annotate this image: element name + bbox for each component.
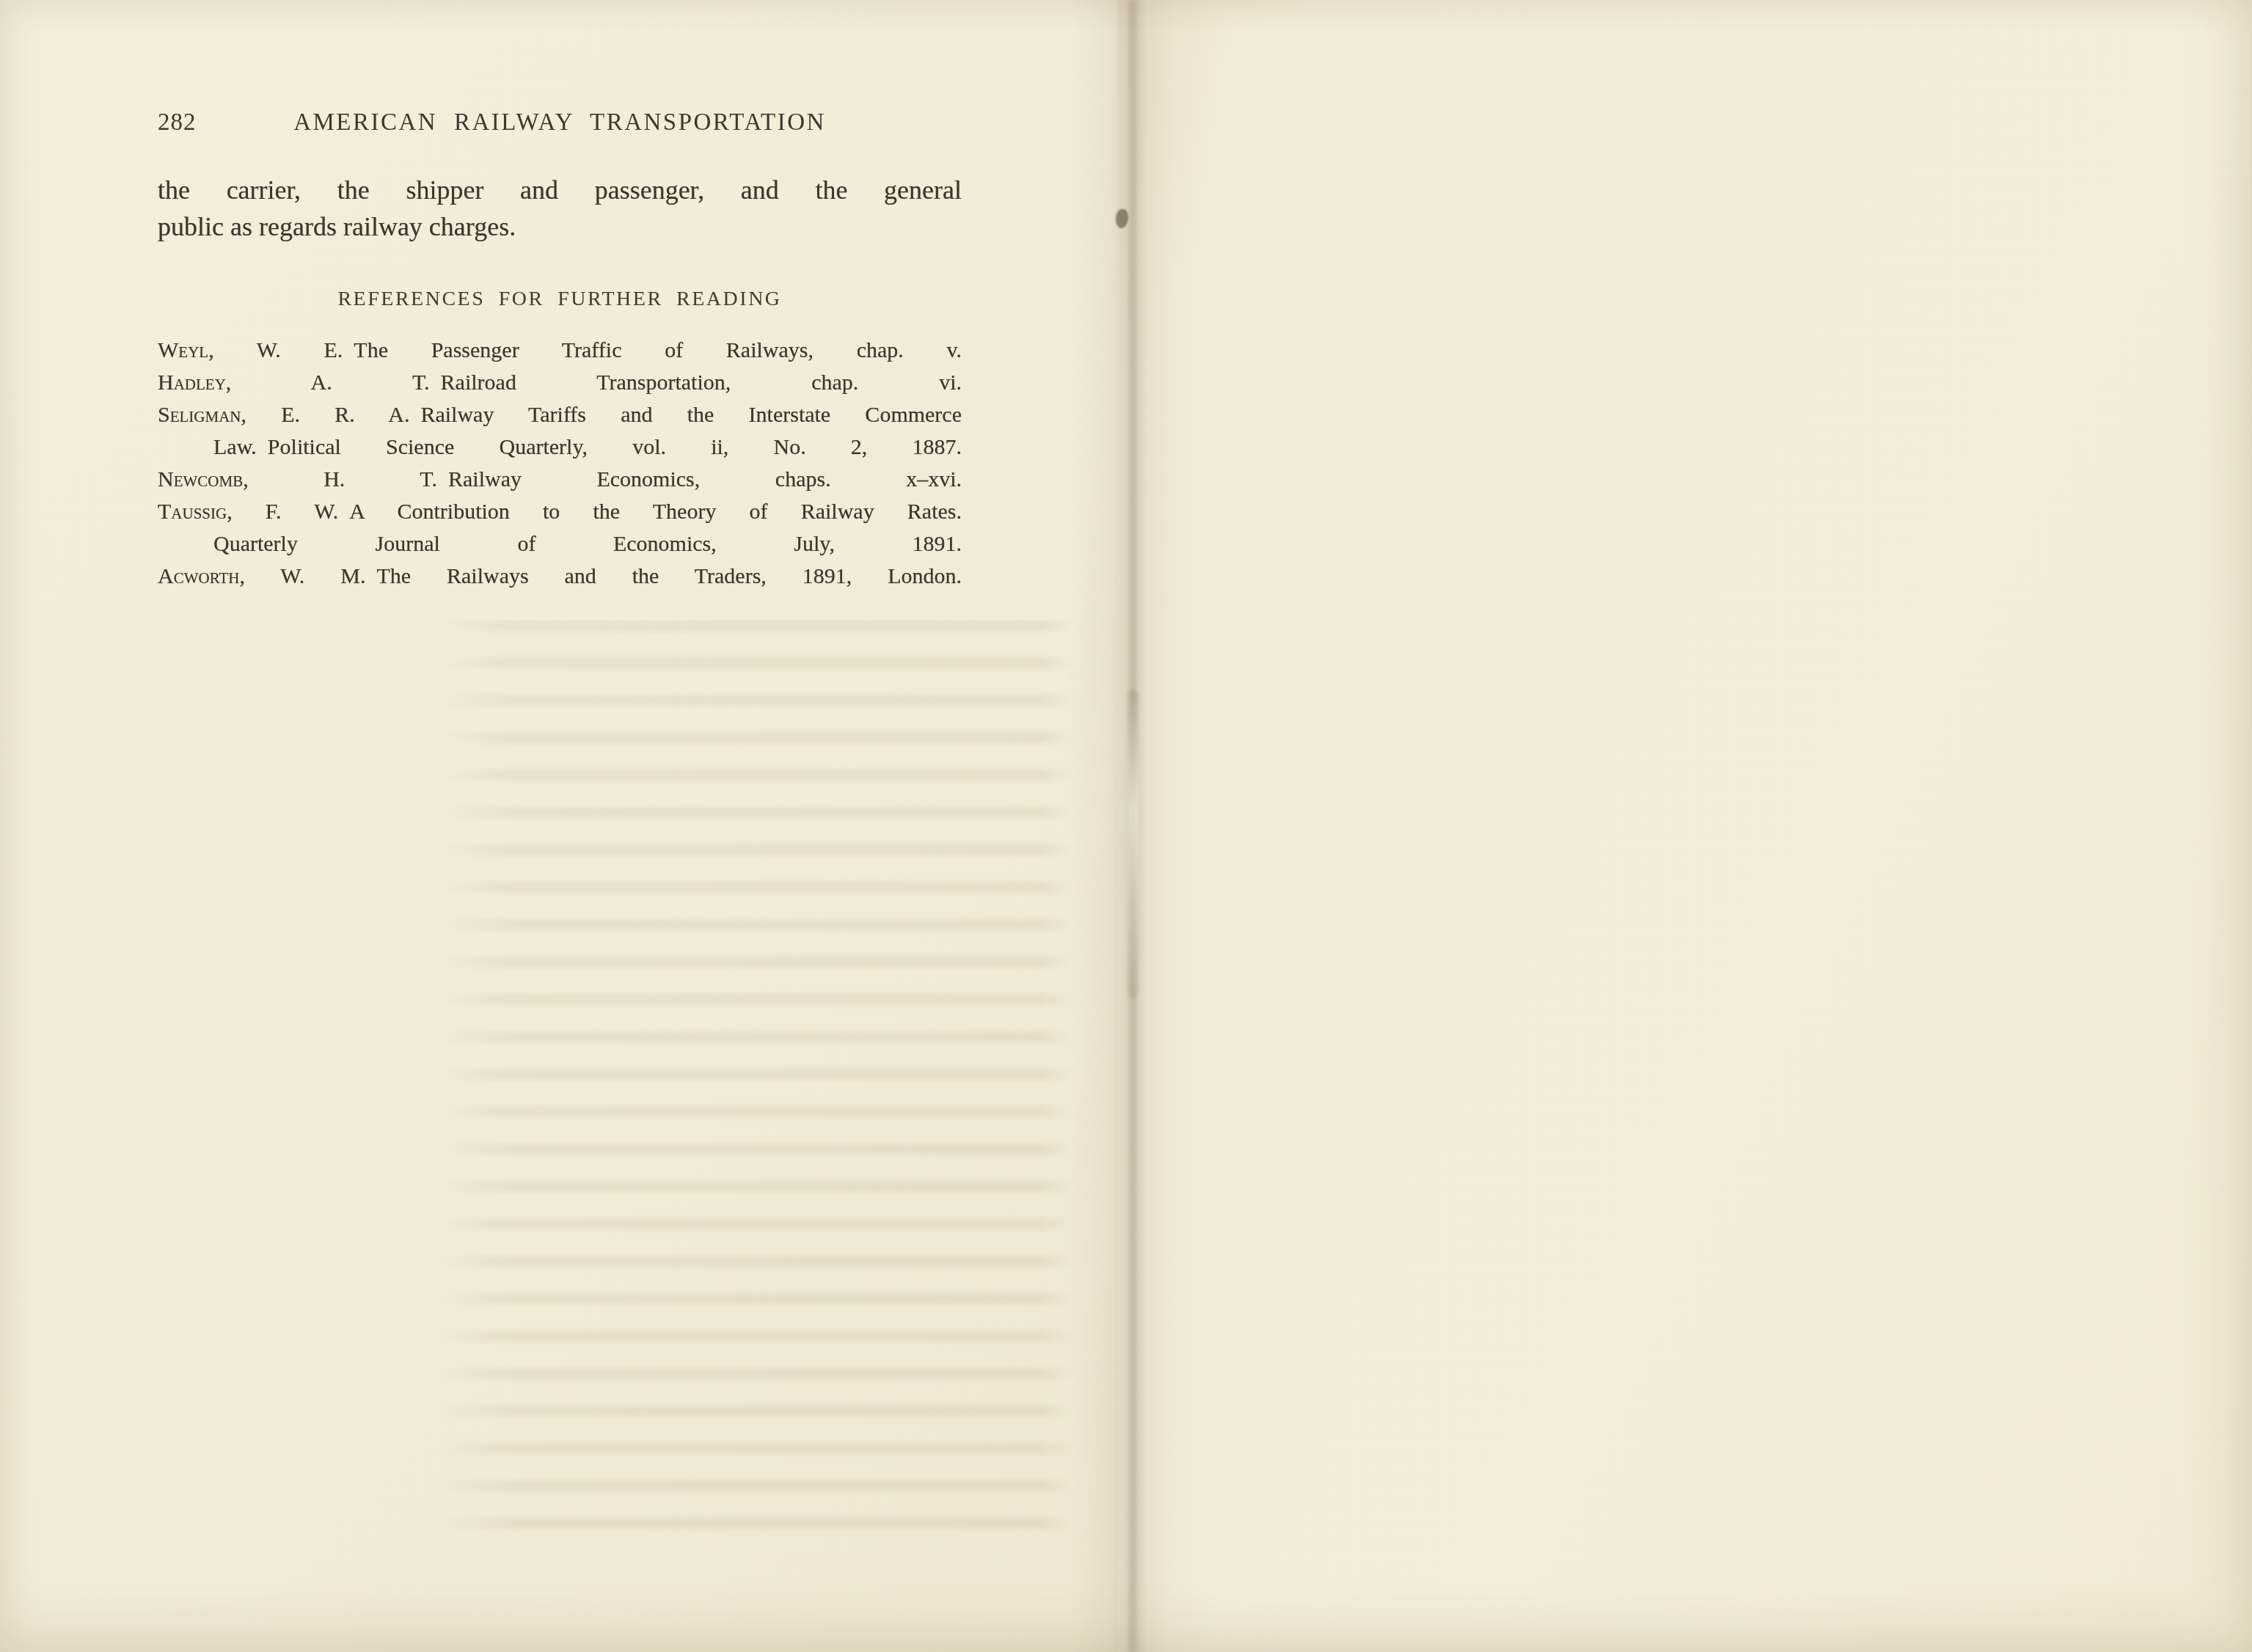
text-line: Hadley, A. T. Railroad Transportation, c… bbox=[158, 367, 962, 399]
page-number-left: 282 bbox=[158, 107, 197, 138]
references-list: Weyl, W. E. The Passenger Traffic of Rai… bbox=[158, 335, 962, 593]
running-title: AMERICAN RAILWAY TRANSPORTATION bbox=[293, 109, 826, 136]
reference-author: Seligman, E. R. A. bbox=[158, 403, 409, 427]
text-line: Quarterly Journal of Economics, July, 18… bbox=[158, 528, 962, 560]
text-line: Taussig, F. W. A Contribution to the The… bbox=[158, 496, 962, 528]
reference-author: Weyl, W. E. bbox=[158, 338, 343, 362]
reference-author: Newcomb, H. T. bbox=[158, 467, 437, 491]
book-spread: 282 AMERICAN RAILWAY TRANSPORTATION the … bbox=[0, 0, 2252, 1652]
reference-author: Hadley, A. T. bbox=[158, 370, 430, 395]
intro-paragraph: the carrier, the shipper and passenger, … bbox=[158, 172, 962, 245]
page-left: 282 AMERICAN RAILWAY TRANSPORTATION the … bbox=[0, 0, 1118, 1652]
references-heading: REFERENCES FOR FURTHER READING bbox=[158, 285, 962, 314]
reference-author: Taussig, F. W. bbox=[158, 500, 338, 524]
text-line: Acworth, W. M. The Railways and the Trad… bbox=[158, 560, 962, 593]
reference-author: Acworth, W. M. bbox=[158, 564, 365, 588]
binding-wrinkle bbox=[1128, 690, 1138, 998]
text-line: the carrier, the shipper and passenger, … bbox=[158, 172, 962, 208]
text-line: Law. Political Science Quarterly, vol. i… bbox=[158, 431, 962, 464]
text-line: public as regards railway charges. bbox=[158, 208, 962, 245]
page-right: CHAPTER XX RATE-MAKING IN PRACTISE The p… bbox=[1118, 0, 2252, 1652]
show-through-ghost-left bbox=[440, 620, 1072, 1533]
running-head: 282 AMERICAN RAILWAY TRANSPORTATION bbox=[158, 107, 962, 138]
text-line: Seligman, E. R. A. Railway Tariffs and t… bbox=[158, 399, 962, 431]
text-line: Weyl, W. E. The Passenger Traffic of Rai… bbox=[158, 335, 962, 367]
text-line: Newcomb, H. T. Railway Economics, chaps.… bbox=[158, 464, 962, 496]
